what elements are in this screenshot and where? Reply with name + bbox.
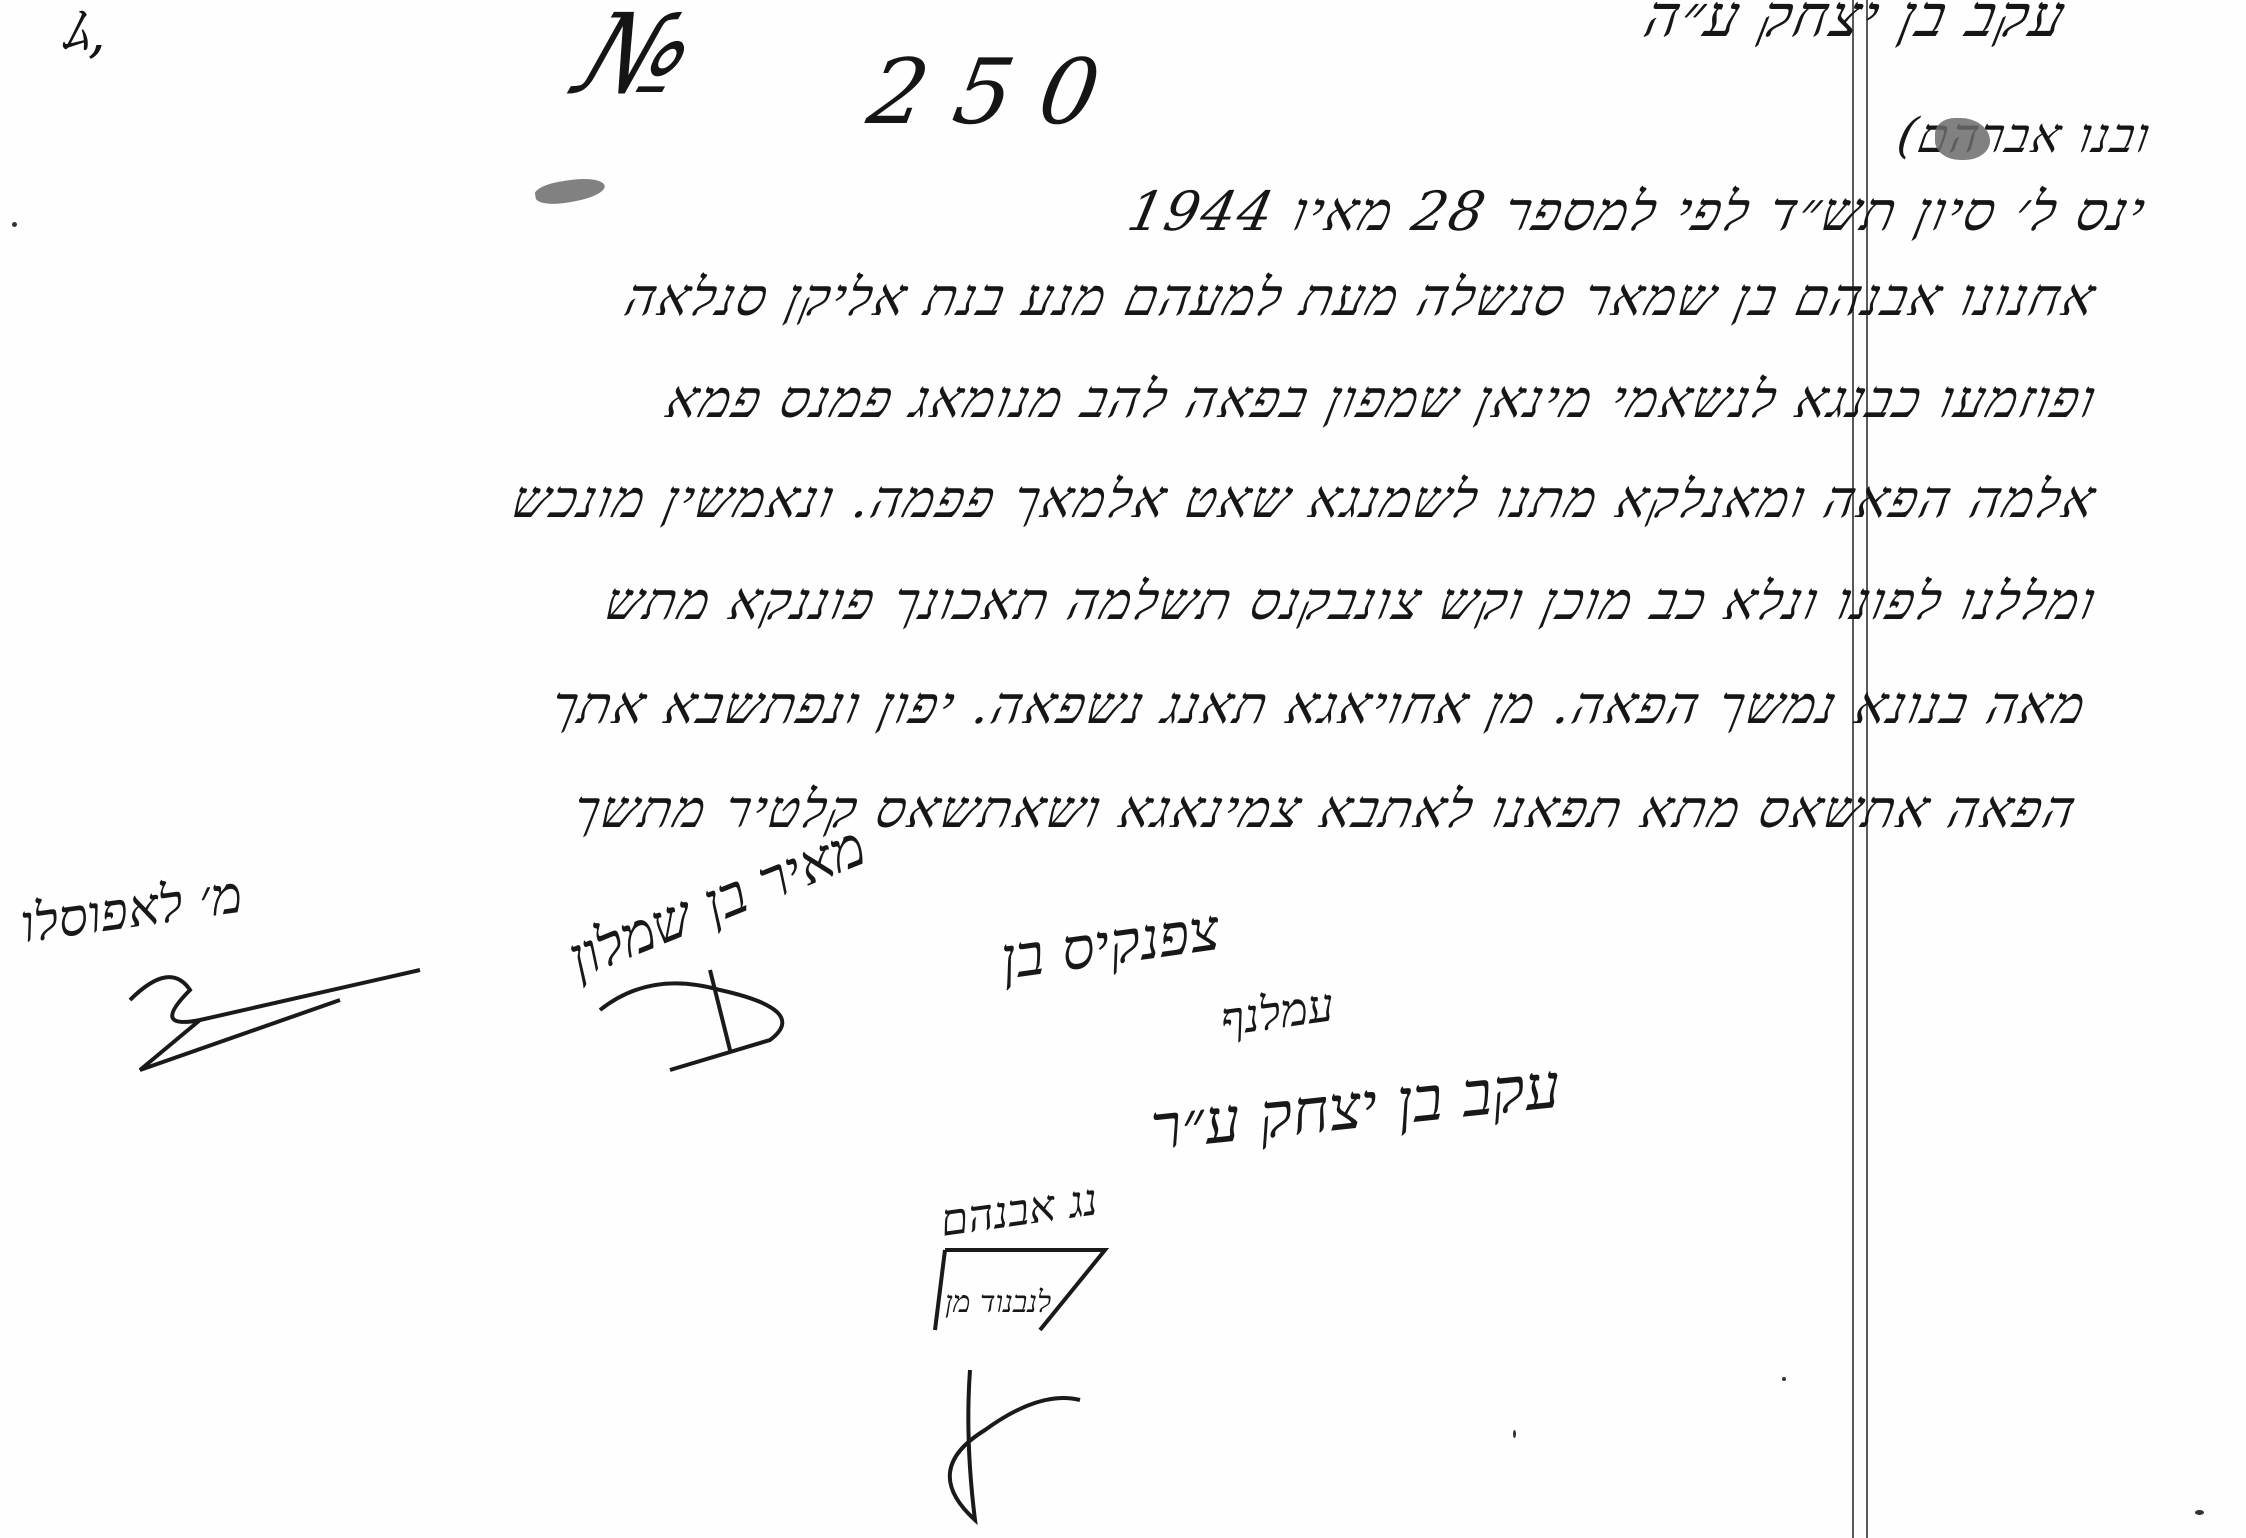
signature-bottom-stamp-text: לנבנוד מן — [945, 1285, 1051, 1320]
body-line-2: ופוזמעו כבנגא לנשאמי מינאן שמפון בפאה לה… — [660, 370, 2102, 430]
ink-smudge — [1935, 118, 1990, 160]
ink-blot — [534, 174, 607, 208]
top-right-name: עקב בן יצחק ע״ה — [1639, 0, 2073, 50]
scan-speck — [12, 222, 17, 227]
top-left-mark: ﾑ, — [60, 0, 106, 68]
reference-prefix-scrawl: № — [562, 0, 713, 118]
date-line: ינס ל׳ סיון תש״ד לפי למספר 28 מאיו 1944 — [1123, 180, 2153, 243]
scan-speck — [1782, 1377, 1786, 1381]
scan-speck — [1513, 1430, 1516, 1438]
signature-left-name: מ׳ לאפוסלו — [17, 865, 246, 955]
reference-number: 250 — [861, 40, 1135, 145]
signature-center-subline: עמלנף — [1217, 977, 1337, 1046]
body-line-1: אחנונו אבנהם בן שמאר סנשלה מעת למעהם מנע… — [620, 268, 2102, 328]
signature-center-name: צפנקיס בן — [996, 895, 1223, 993]
body-line-3: אלמה הפאה ומאנלקא מתנו לשמנגא שאט אלמאך … — [507, 470, 2102, 530]
signature-bottom-flourish — [930, 1240, 1130, 1530]
signature-left-flourish — [110, 960, 440, 1080]
signature-center-left-flourish — [590, 950, 850, 1080]
scan-speck — [2195, 1510, 2204, 1515]
signature-bottom-name: נג אבנהם — [937, 1174, 1101, 1246]
top-right-subline: ובנו אברהם) — [1893, 108, 2156, 164]
scanned-document-page: ﾑ, № 250 עקב בן יצחק ע״ה ובנו אברהם) ינס… — [0, 0, 2246, 1538]
body-line-5: מאה בנונא נמשך הפאה. מן אחויאגא תאנג נשפ… — [546, 676, 2093, 736]
body-line-4: ומללנו לפונו ונלא כב מוכן וקש צונבקנס תש… — [599, 572, 2102, 632]
signature-center-right-name: עקב בן יצחק ע״ר — [1147, 1049, 1563, 1166]
body-line-6: הפאה אתשאס מתא תפאנו לאתבא צמינאגא ושאתש… — [567, 780, 2082, 840]
